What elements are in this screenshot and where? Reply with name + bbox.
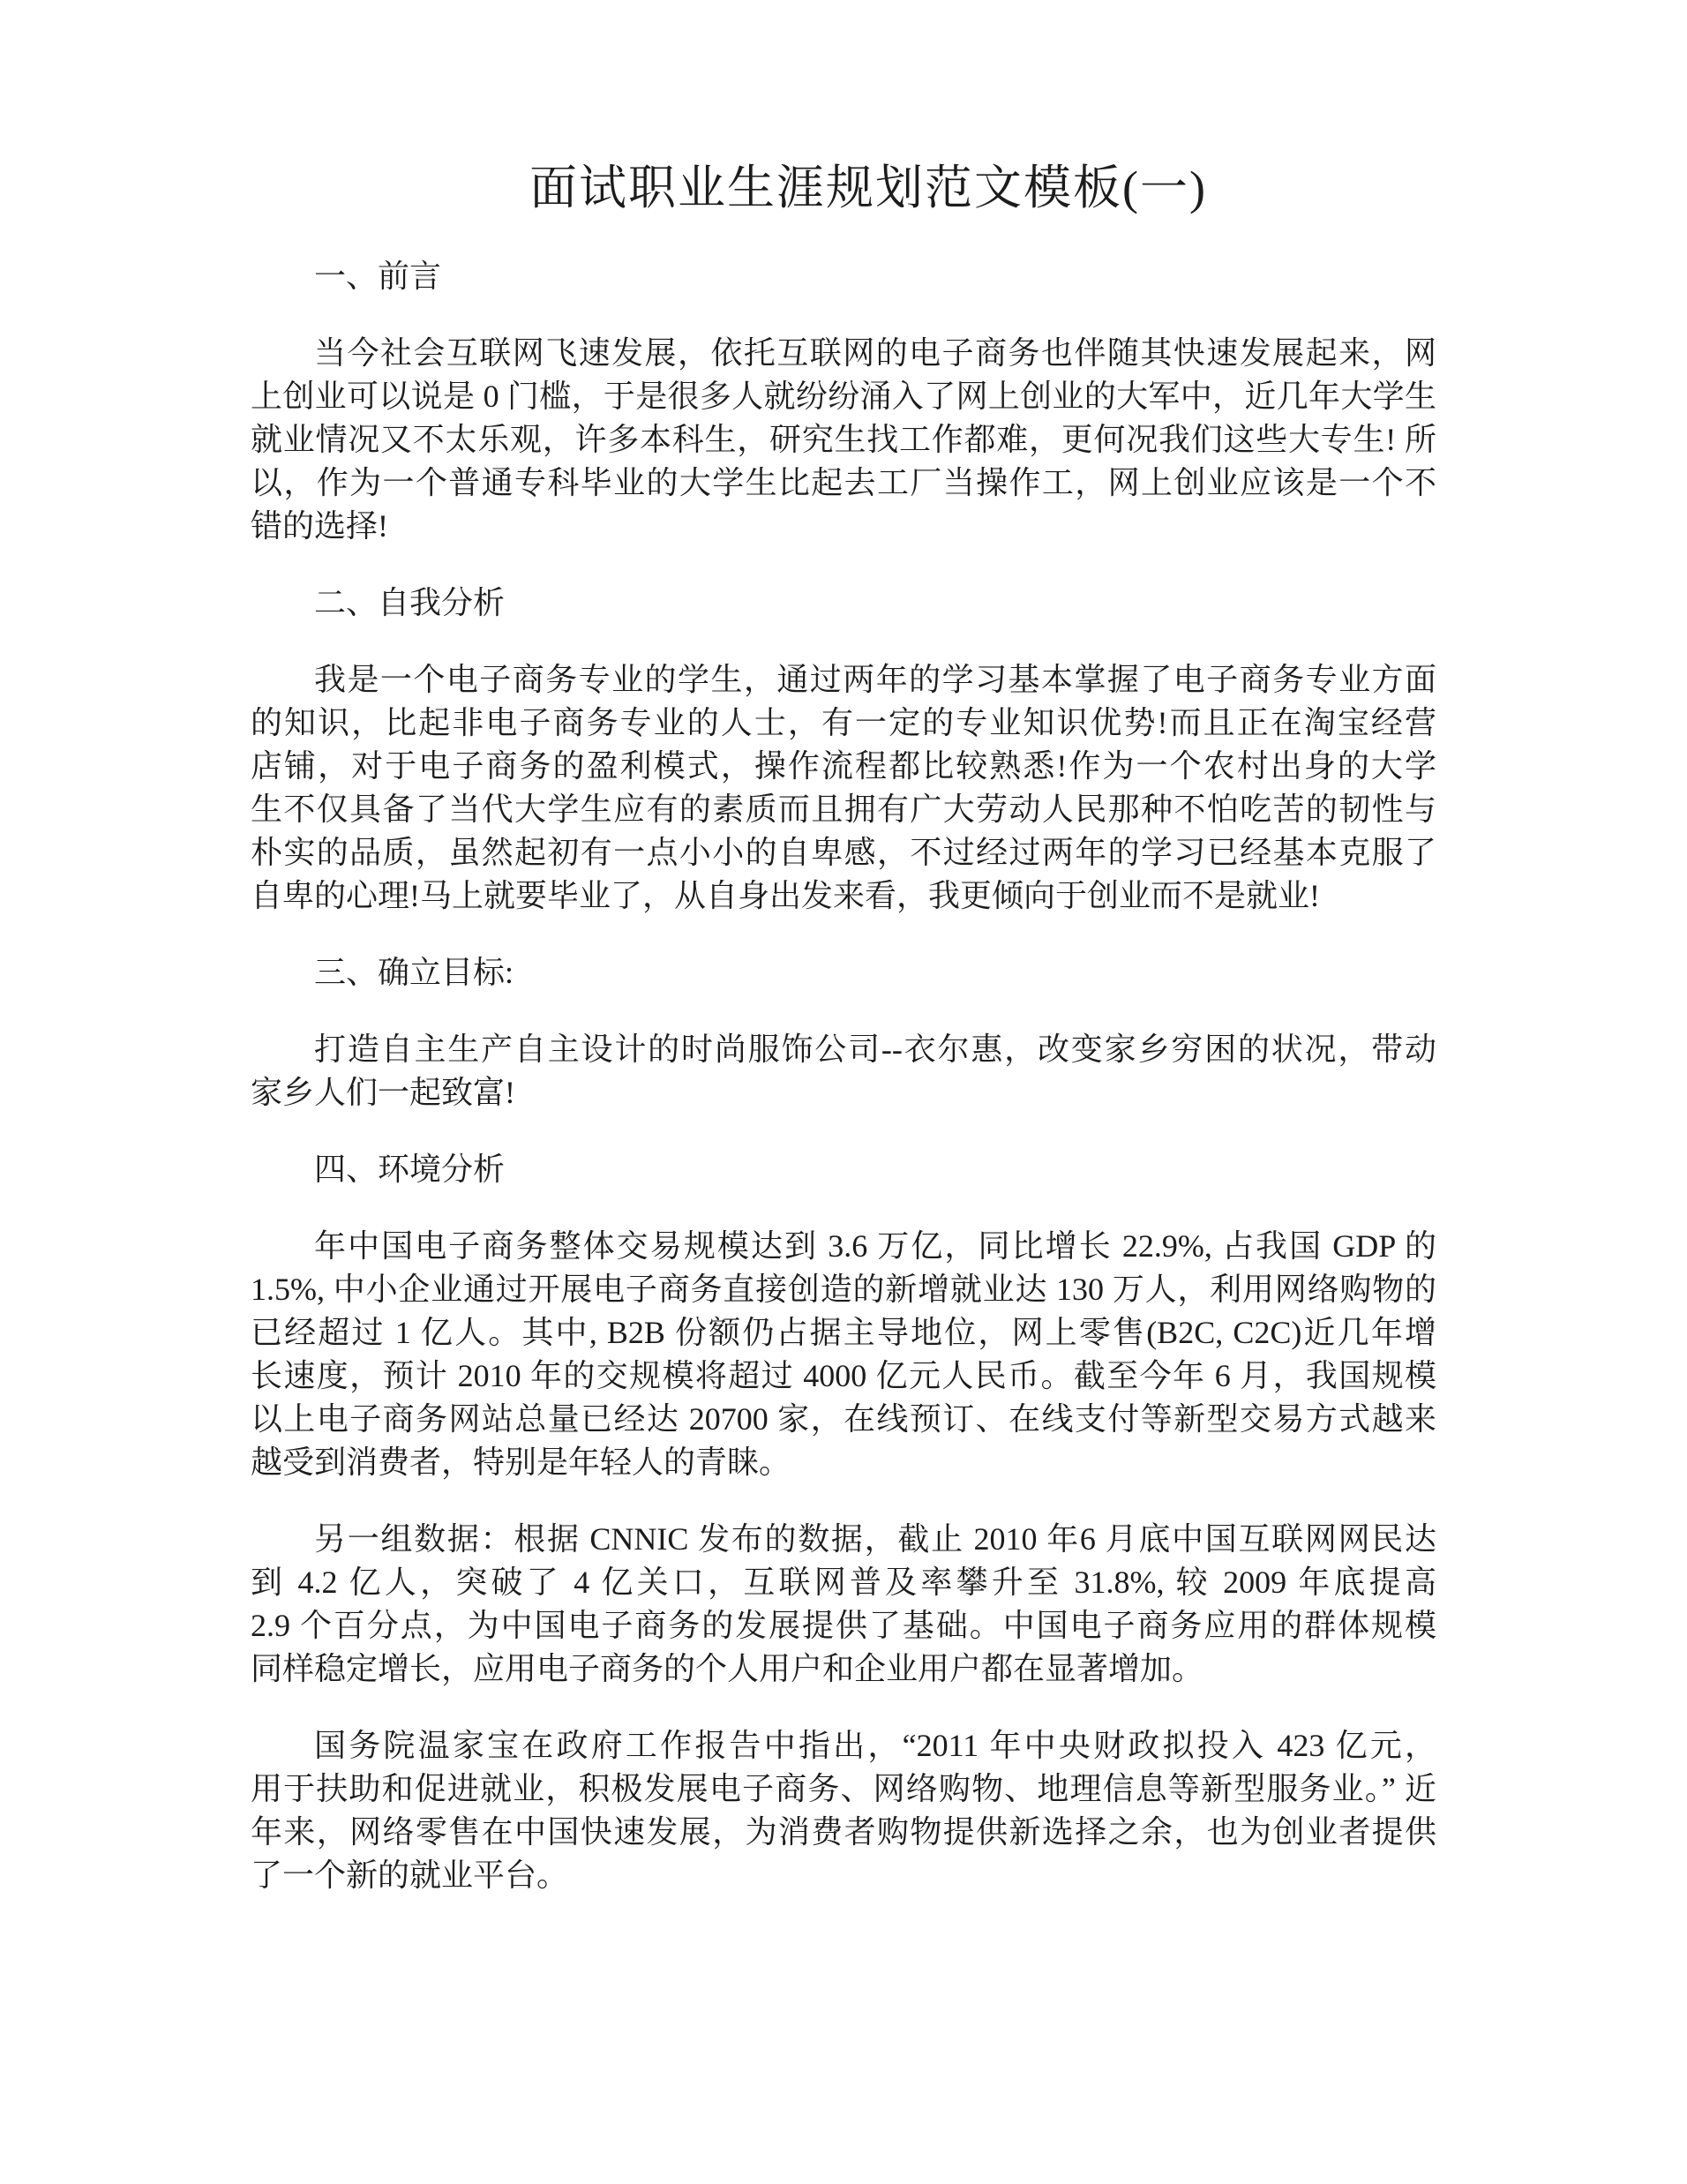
document-title: 面试职业生涯规划范文模板(一) (275, 155, 1461, 221)
paragraph: 我是一个电子商务专业的学生，通过两年的学习基本掌握了电子商务专业方面的知识，比起… (251, 658, 1436, 918)
text-line: 1.5%, 中小企业通过开展电子商务直接创造的新增就业达 130 万人，利用网络… (251, 1268, 1436, 1311)
text-line: 年来，网络零售在中国快速发展，为消费者购物提供新选择之余，也为创业者提供 (251, 1811, 1436, 1854)
paragraph: 另一组数据：根据 CNNIC 发布的数据，截止 2010 年6 月底中国互联网网… (251, 1518, 1436, 1691)
text-line: 家乡人们一起致富! (251, 1071, 1436, 1115)
text-line: 越受到消费者，特别是年轻人的青睐。 (251, 1441, 1436, 1484)
text-line: 用于扶助和促进就业，积极发展电子商务、网络购物、地理信息等新型服务业。” 近 (251, 1767, 1436, 1811)
section-heading: 一、前言 (251, 255, 1436, 298)
text-line: 朴实的品质，虽然起初有一点小小的自卑感，不过经过两年的学习已经基本克服了 (251, 831, 1436, 874)
section-heading: 四、环境分析 (251, 1148, 1436, 1191)
section-heading: 二、自我分析 (251, 582, 1436, 625)
text-line: 已经超过 1 亿人。其中, B2B 份额仍占据主导地位，网上零售(B2C, C2… (251, 1311, 1436, 1355)
text-line: 以上电子商务网站总量已经达 20700 家，在线预订、在线支付等新型交易方式越来 (251, 1398, 1436, 1441)
text-line: 打造自主生产自主设计的时尚服饰公司--衣尔惠，改变家乡穷困的状况，带动 (251, 1028, 1436, 1071)
document-body: 一、前言当今社会互联网飞速发展，依托互联网的电子商务也伴随其快速发展起来，网上创… (251, 255, 1436, 1897)
text-line: 以，作为一个普通专科毕业的大学生比起去工厂当操作工，网上创业应该是一个不 (251, 462, 1436, 505)
text-line: 生不仅具备了当代大学生应有的素质而且拥有广大劳动人民那种不怕吃苦的韧性与 (251, 788, 1436, 831)
text-line: 2.9 个百分点，为中国电子商务的发展提供了基础。中国电子商务应用的群体规模 (251, 1604, 1436, 1647)
paragraph: 国务院温家宝在政府工作报告中指出，“2011 年中央财政拟投入 423 亿元，用… (251, 1724, 1436, 1897)
text-line: 我是一个电子商务专业的学生，通过两年的学习基本掌握了电子商务专业方面 (251, 658, 1436, 702)
text-line: 了一个新的就业平台。 (251, 1854, 1436, 1897)
text-line: 就业情况又不太乐观，许多本科生，研究生找工作都难，更何况我们这些大专生! 所 (251, 418, 1436, 462)
text-line: 的知识，比起非电子商务专业的人士，有一定的专业知识优势!而且正在淘宝经营 (251, 702, 1436, 745)
text-line: 到 4.2 亿人，突破了 4 亿关口，互联网普及率攀升至 31.8%, 较 20… (251, 1561, 1436, 1604)
text-line: 年中国电子商务整体交易规模达到 3.6 万亿，同比增长 22.9%, 占我国 G… (251, 1225, 1436, 1268)
paragraph: 当今社会互联网飞速发展，依托互联网的电子商务也伴随其快速发展起来，网上创业可以说… (251, 332, 1436, 548)
text-line: 另一组数据：根据 CNNIC 发布的数据，截止 2010 年6 月底中国互联网网… (251, 1518, 1436, 1561)
text-line: 上创业可以说是 0 门槛，于是很多人就纷纷涌入了网上创业的大军中，近几年大学生 (251, 375, 1436, 418)
paragraph: 年中国电子商务整体交易规模达到 3.6 万亿，同比增长 22.9%, 占我国 G… (251, 1225, 1436, 1484)
text-line: 自卑的心理!马上就要毕业了，从自身出发来看，我更倾向于创业而不是就业! (251, 874, 1436, 918)
document-page: 面试职业生涯规划范文模板(一) 一、前言当今社会互联网飞速发展，依托互联网的电子… (0, 0, 1687, 2184)
paragraph: 打造自主生产自主设计的时尚服饰公司--衣尔惠，改变家乡穷困的状况，带动家乡人们一… (251, 1028, 1436, 1115)
section-heading: 三、确立目标: (251, 951, 1436, 994)
text-line: 当今社会互联网飞速发展，依托互联网的电子商务也伴随其快速发展起来，网 (251, 332, 1436, 375)
text-line: 长速度，预计 2010 年的交规模将超过 4000 亿元人民币。截至今年 6 月… (251, 1355, 1436, 1398)
text-line: 错的选择! (251, 505, 1436, 548)
text-line: 国务院温家宝在政府工作报告中指出，“2011 年中央财政拟投入 423 亿元， (251, 1724, 1436, 1767)
text-line: 店铺，对于电子商务的盈利模式，操作流程都比较熟悉!作为一个农村出身的大学 (251, 745, 1436, 788)
text-line: 同样稳定增长，应用电子商务的个人用户和企业用户都在显著增加。 (251, 1647, 1436, 1691)
